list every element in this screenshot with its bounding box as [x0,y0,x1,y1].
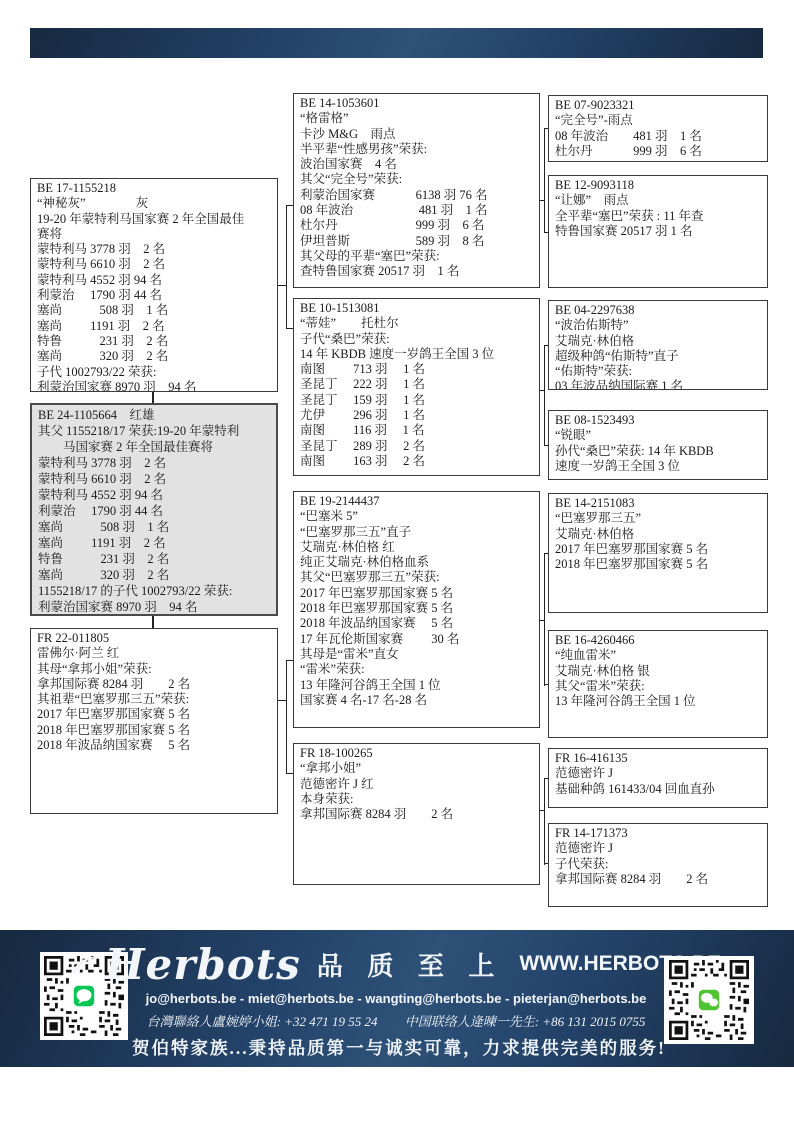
herbots-logo: Herbots [71,940,301,989]
pedigree-line: BE 24-1105664 红雄 [38,407,271,423]
pedigree-line: 本身荣获: [300,792,534,807]
pedigree-line: 拿邦国际赛 8284 羽 2 名 [300,807,534,822]
pedigree-box-fr16-416135: FR 16-416135范德密许 J基础种鸽 161433/04 回血直孙 [548,748,768,808]
pedigree-box-be10-1513081: BE 10-1513081“蒂娃” 托杜尔子代“桑巴”荣获:14 年 KBDB … [293,298,540,476]
pedigree-line: 范德密许 J [555,766,762,781]
pedigree-page: BE 17-1155218“神秘灰” 灰19-20 年蒙特利马国家赛 2 年全国… [0,0,794,1123]
pedigree-line: 其父“巴塞罗那三五”荣获: [300,570,534,585]
pedigree-line: BE 04-2297638 [555,303,762,318]
pedigree-line: 19-20 年蒙特利马国家赛 2 年全国最佳 [37,212,272,227]
connector-line [544,345,545,446]
connector-line [152,616,154,628]
wing-icon [71,953,105,975]
connector-line [286,660,293,661]
pedigree-line: 圣昆丁 222 羽 1 名 [300,377,534,392]
connector-line [544,553,548,554]
pedigree-line: “拿邦小姐” [300,761,534,776]
pedigree-line: 塞尚 508 羽 1 名 [38,519,271,535]
pedigree-line: 利蒙治国家赛 8970 羽 94 名 [37,380,272,392]
pedigree-line: 南图 116 羽 1 名 [300,423,534,438]
pedigree-line: BE 17-1155218 [37,181,272,196]
pedigree-line: BE 08-1523493 [555,413,762,428]
pedigree-line: “纯血雷米” [555,648,762,663]
connector-line [544,128,548,129]
connector-line [286,328,293,329]
footer-content: Herbots 品 质 至 上 WWW.HERBOTS.BE jo@herbot… [132,938,660,1060]
pedigree-line: 2018 年巴塞罗那国家赛 5 名 [300,601,534,616]
pedigree-line: 蒙特利马 6610 羽 2 名 [37,257,272,272]
pedigree-line: 蒙特利马 3778 羽 2 名 [37,242,272,257]
pedigree-line: “完全号”-雨点 [555,113,762,128]
wechat-qr-code [664,956,754,1044]
footer-tagline: 贺伯特家族...秉持品质第一与诚实可靠，力求提供完美的服务! [132,1035,660,1060]
pedigree-line: 子代“桑巴”荣获: [300,332,534,347]
pedigree-line: 半平辈“性感男孩”荣获: [300,142,534,157]
pedigree-line: BE 14-1053601 [300,96,534,111]
pedigree-line: 艾瑞克·林伯格 红 [300,540,534,555]
connector-line [544,553,545,686]
pedigree-line: 其父“完全号”荣获: [300,172,534,187]
pedigree-line: 其父母的平辈“塞巴”荣获: [300,249,534,264]
pedigree-line: 2018 年波品纳国家赛 5 名 [300,616,534,631]
pedigree-line: 塞尚 320 羽 2 名 [37,349,272,364]
pedigree-line: BE 10-1513081 [300,301,534,316]
pedigree-box-be24-1105664-subject: BE 24-1105664 红雄其父 1155218/17 荣获:19-20 年… [30,403,278,616]
pedigree-line: 13 年隆河谷鸽王全国 1 位 [300,678,534,693]
pedigree-line: “锐眼” [555,428,762,443]
pedigree-line: 速度一岁鸽王全国 3 位 [555,459,762,474]
pedigree-line: “巴塞罗那三五”直子 [300,525,534,540]
pedigree-line: “波治佑斯特” [555,318,762,333]
pedigree-box-be17-1155218: BE 17-1155218“神秘灰” 灰19-20 年蒙特利马国家赛 2 年全国… [30,178,278,392]
pedigree-line: 08 年波治 481 羽 1 名 [300,203,534,218]
pedigree-line: 17 年瓦伦斯国家赛 30 名 [300,632,534,647]
pedigree-line: 2017 年巴塞罗那国家赛 5 名 [555,542,762,557]
footer-banner: Herbots 品 质 至 上 WWW.HERBOTS.BE jo@herbot… [0,930,794,1067]
connector-line [544,128,545,233]
pedigree-line: 拿邦国际赛 8284 羽 2 名 [37,677,272,692]
pedigree-line: 纯正艾瑞克·林伯格血系 [300,555,534,570]
pedigree-line: 蒙特利马 4552 羽 94 名 [37,273,272,288]
pedigree-box-be14-1053601: BE 14-1053601“格雷格”卡沙 M&G 雨点半平辈“性感男孩”荣获:波… [293,93,540,288]
pedigree-line: 其母“拿邦小姐”荣获: [37,662,272,677]
pedigree-box-be04-2297638: BE 04-2297638“波治佑斯特”艾瑞克·林伯格超级种鸽“佑斯特”直子“佑… [548,300,768,390]
pedigree-box-be19-2144437: BE 19-2144437“巴塞米 5”“巴塞罗那三五”直子艾瑞克·林伯格 红纯… [293,491,540,728]
pedigree-line: 利蒙治 1790 羽 44 名 [37,288,272,303]
connector-line [544,232,548,233]
pedigree-line: BE 14-2151083 [555,496,762,511]
pedigree-line: 伊坦普斯 589 羽 8 名 [300,234,534,249]
pedigree-line: “巴塞罗那三五” [555,511,762,526]
footer-slogan-cn: 品 质 至 上 [317,946,504,983]
connector-line [544,778,548,779]
footer-emails: jo@herbots.be - miet@herbots.be - wangti… [132,991,660,1006]
pedigree-line: 尤伊 296 羽 1 名 [300,408,534,423]
connector-line [286,773,293,774]
pedigree-line: 2018 年巴塞罗那国家赛 5 名 [37,723,272,738]
pedigree-line: 雷佛尔·阿兰 红 [37,646,272,661]
footer-contact-taiwan: 台灣聯絡人盧婉婷小姐: +32 471 19 55 24 [147,1014,378,1029]
pedigree-box-be12-9093118: BE 12-9093118“让娜” 雨点全平辈“塞巴”荣获 : 11 年查特鲁国… [548,175,768,288]
connector-line [286,660,287,774]
pedigree-line: 赛将 [37,227,272,242]
pedigree-line: FR 18-100265 [300,746,534,761]
connector-line [544,684,548,685]
pedigree-line: 利蒙治 1790 羽 44 名 [38,503,271,519]
pedigree-line: 塞尚 1191 羽 2 名 [37,319,272,334]
pedigree-line: 圣昆丁 159 羽 1 名 [300,393,534,408]
connector-line [544,863,548,864]
footer-contact-china: 中国联络人逄暕一先生: +86 131 2015 0755 [405,1014,646,1029]
connector-line [544,445,548,446]
pedigree-line: 国家赛 4 名-17 名-28 名 [300,693,534,708]
pedigree-line: “神秘灰” 灰 [37,196,272,211]
pedigree-line: 利蒙治国家赛 6138 羽 76 名 [300,188,534,203]
pedigree-line: BE 16-4260466 [555,633,762,648]
connector-line [152,392,154,403]
pedigree-box-be07-9023321: BE 07-9023321“完全号”-雨点08 年波治 481 羽 1 名杜尔丹… [548,95,768,162]
pedigree-line: 其父 1155218/17 荣获:19-20 年蒙特利 [38,423,271,439]
pedigree-line: 孙代“桑巴”荣获: 14 年 KBDB [555,444,762,459]
pedigree-line: FR 14-171373 [555,826,762,841]
pedigree-line: “让娜” 雨点 [555,193,762,208]
connector-line [286,205,287,329]
pedigree-line: 其父“雷米”荣获: [555,679,762,694]
pedigree-line: 其母是“雷米”直女 [300,647,534,662]
pedigree-line: 艾瑞克·林伯格 [555,527,762,542]
header-bar [30,28,763,58]
connector-line [544,778,545,865]
pedigree-line: 子代荣获: [555,857,762,872]
pedigree-line: 范德密许 J 红 [300,777,534,792]
pedigree-line: FR 16-416135 [555,751,762,766]
pedigree-line: 范德密许 J [555,841,762,856]
pedigree-line: “佑斯特”荣获: [555,364,762,379]
pedigree-line: “巴塞米 5” [300,509,534,524]
pedigree-line: 08 年波治 481 羽 1 名 [555,129,762,144]
pedigree-line: “蒂娃” 托杜尔 [300,316,534,331]
pedigree-line: 2017 年巴塞罗那国家赛 5 名 [300,586,534,601]
pedigree-line: 03 年波品纳国际赛 1 名 [555,379,762,390]
pedigree-line: 艾瑞克·林伯格 [555,334,762,349]
pedigree-box-fr22-011805: FR 22-011805雷佛尔·阿兰 红其母“拿邦小姐”荣获:拿邦国际赛 828… [30,628,278,814]
pedigree-line: “格雷格” [300,111,534,126]
pedigree-line: BE 19-2144437 [300,494,534,509]
pedigree-line: 特鲁 231 羽 2 名 [37,334,272,349]
pedigree-line: BE 07-9023321 [555,98,762,113]
pedigree-line: 2017 年巴塞罗那国家赛 5 名 [37,707,272,722]
pedigree-line: 波治国家赛 4 名 [300,157,534,172]
pedigree-line: 塞尚 1191 羽 2 名 [38,535,271,551]
pedigree-line: “雷米”荣获: [300,662,534,677]
pedigree-line: 基础种鸽 161433/04 回血直孙 [555,782,762,797]
pedigree-line: 蒙特利马 4552 羽 94 名 [38,487,271,503]
pedigree-line: 其祖辈“巴塞罗那三五”荣获: [37,692,272,707]
pedigree-box-be14-2151083: BE 14-2151083“巴塞罗那三五”艾瑞克·林伯格2017 年巴塞罗那国家… [548,493,768,613]
pedigree-box-fr18-100265: FR 18-100265“拿邦小姐”范德密许 J 红本身荣获:拿邦国际赛 828… [293,743,540,885]
pedigree-line: 杜尔丹 999 羽 6 名 [300,218,534,233]
pedigree-box-be08-1523493: BE 08-1523493“锐眼”孙代“桑巴”荣获: 14 年 KBDB速度一岁… [548,410,768,480]
pedigree-line: 塞尚 508 羽 1 名 [37,303,272,318]
pedigree-box-be16-4260466: BE 16-4260466“纯血雷米”艾瑞克·林伯格 银其父“雷米”荣获:13 … [548,630,768,738]
pedigree-line: 艾瑞克·林伯格 银 [555,664,762,679]
pedigree-line: 南图 163 羽 2 名 [300,454,534,469]
connector-line [286,205,293,206]
pedigree-line: 蒙特利马 3778 羽 2 名 [38,455,271,471]
pedigree-line: 特鲁国家赛 20517 羽 1 名 [555,224,762,239]
pedigree-line: 拿邦国际赛 8284 羽 2 名 [555,872,762,887]
pedigree-line: 14 年 KBDB 速度一岁鸽王全国 3 位 [300,347,534,362]
pedigree-line: 马国家赛 2 年全国最佳赛将 [38,439,271,455]
pedigree-box-fr14-171373: FR 14-171373范德密许 J子代荣获:拿邦国际赛 8284 羽 2 名 [548,823,768,907]
pedigree-line: 利蒙治国家赛 8970 羽 94 名 [38,599,271,615]
pedigree-line: 全平辈“塞巴”荣获 : 11 年查 [555,209,762,224]
pedigree-line: 2018 年巴塞罗那国家赛 5 名 [555,557,762,572]
pedigree-line: 南图 713 羽 1 名 [300,362,534,377]
pedigree-line: 查特鲁国家赛 20517 羽 1 名 [300,264,534,279]
pedigree-line: 1155218/17 的子代 1002793/22 荣获: [38,583,271,599]
pedigree-line: 蒙特利马 6610 羽 2 名 [38,471,271,487]
pedigree-line: 圣昆丁 289 羽 2 名 [300,439,534,454]
pedigree-line: 特鲁 231 羽 2 名 [38,551,271,567]
pedigree-line: 子代 1002793/22 荣获: [37,365,272,380]
pedigree-line: 塞尚 320 羽 2 名 [38,567,271,583]
pedigree-line: 2018 年波品纳国家赛 5 名 [37,738,272,753]
pedigree-line: BE 12-9093118 [555,178,762,193]
connector-line [544,345,548,346]
pedigree-line: 13 年隆河谷鸽王全国 1 位 [555,694,762,709]
pedigree-line: 超级种鸽“佑斯特”直子 [555,349,762,364]
footer-contacts: 台灣聯絡人盧婉婷小姐: +32 471 19 55 24 中国联络人逄暕一先生:… [132,1011,660,1030]
pedigree-line: 杜尔丹 999 羽 6 名 [555,144,762,159]
pedigree-line: FR 22-011805 [37,631,272,646]
pedigree-line: 卡沙 M&G 雨点 [300,127,534,142]
